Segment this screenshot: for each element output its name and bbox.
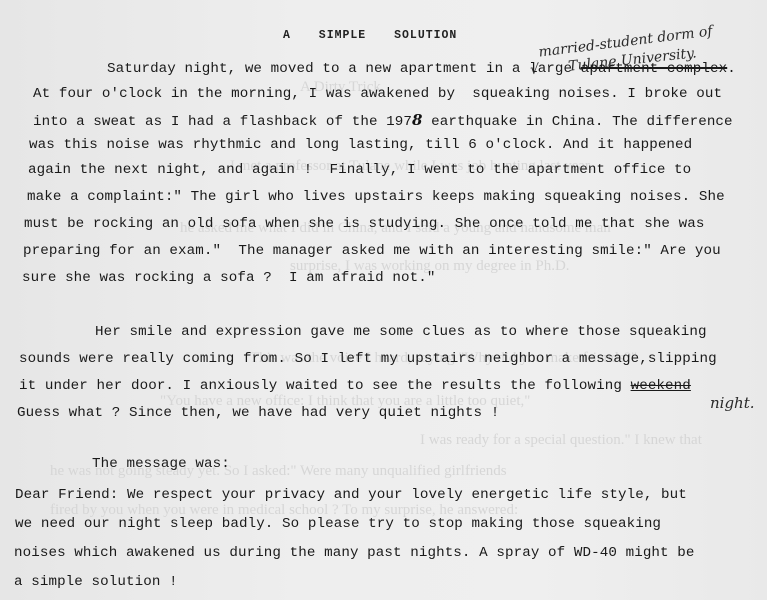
text-line: At four o'clock in the morning, I was aw… [33,86,722,102]
message-line: noises which awakened us during the many… [14,545,695,561]
text-line: must be rocking an old sofa when she is … [24,216,705,232]
text-line: again the next night, and again ! Finall… [28,162,691,178]
message-line: a simple solution ! [14,574,178,590]
text-line: preparing for an exam." The manager aske… [23,243,721,259]
text-line: sounds were really coming from. So I lef… [19,351,717,367]
text-line: into a sweat as I had a flashback of the… [33,111,733,130]
scanned-page: A Dirty Trick I met a professor at Tulan… [0,0,767,600]
message-line: Dear Friend: We respect your privacy and… [15,487,687,503]
text-line: was this noise was rhythmic and long las… [29,137,692,153]
struck-text: apartment complex [581,61,727,77]
text-line: Her smile and expression gave me some cl… [95,324,707,340]
text-line: Guess what ? Since then, we have had ver… [17,405,499,421]
handwritten-replacement-word: night. [710,394,755,412]
handwritten-year-correction: 8 [412,111,423,129]
text-line: Saturday night, we moved to a new apartm… [107,61,736,77]
document-title: A SIMPLE SOLUTION [283,29,457,42]
struck-text: weekend [631,378,691,394]
message-line: we need our night sleep badly. So please… [15,516,661,532]
text-line: make a complaint:" The girl who lives up… [27,189,725,205]
bleed-through-text: I was ready for a special question." I k… [420,432,702,449]
text-line: sure she was rocking a sofa ? I am afrai… [22,270,435,286]
text-line: it under her door. I anxiously waited to… [19,378,691,394]
message-intro: The message was: [92,456,230,472]
